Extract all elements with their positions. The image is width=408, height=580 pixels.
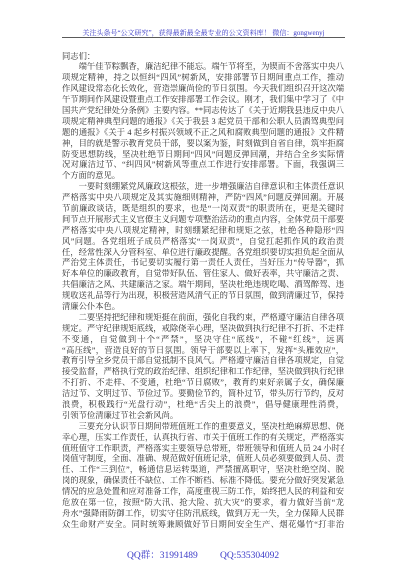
text-line: 引领节俭清廉过节社会新风尚。 [62,411,344,422]
document-page: 关注头条号“公文研究”，获得最新最全最专业的公文资料库！ 微信：gongweny… [0,0,408,580]
text-line: 情况的应急处置和应对准备工作，高度重视三防工作，始终把人民的利益和安 [62,487,344,498]
text-line: 接受监督，严格执行党的政治纪律、组织纪律和工作纪律，坚决做到执行纪律 [62,367,344,378]
text-line: 神，目的就是警示教育党员干部，要以案为鉴，时刻做到自省自律，筑牢拒腐 [62,139,344,150]
text-line: 严格落实中央八项规定精神，时刻绷紧纪律和规矩之弦，杜绝各种隐形“四 [62,226,344,237]
paragraph-point-three: 三要充分认识节日期间带班值班工作的重要意义，坚决杜绝麻痹思想、侥 幸心理，压实工… [62,422,344,531]
text-line: 个方面的意见。 [62,171,344,182]
paragraph-point-one: 一要时刻绷紧党风廉政这根弦，进一步增强廉洁自律意识和主体责任意识， 严格落实中央… [62,182,344,313]
text-line: “高压线”，营造良好的节日氛围。领导干部要以上率下，发挥“头雁效应”， [62,346,344,357]
text-line: 值班值守工作职责，严格落实主要领导总带班，带班领导和值班人员 24 小时在 [62,444,344,455]
text-line: 幸心理，压实工作责任，认真执行省、市关于值班工作的有关规定，严格落实 [62,433,344,444]
text-line: 任、工作“三到位”，畅通信息运转渠道，严禁擅离职守，坚决杜绝空岗、脱 [62,465,344,476]
text-line: 间节点开展形式主义官僚主义问题专项整治活动的重点内容，全体党员干部要 [62,215,344,226]
text-line: 共倡廉洁之风、共建廉洁之家。端午期间，坚决杜绝违规吃喝、酒驾醉驾、违 [62,280,344,291]
text-line: 二要坚持把纪律和规矩挺在前面，强化自我约束，严格遵守廉洁自律各项 [62,313,344,324]
text-line: 众生命财产安全。同时统筹兼顾做好节日期间安全生产、烟花爆竹“打非治 [62,520,344,531]
header-banner: 关注头条号“公文研究”，获得最新最全最专业的公文资料库！ 微信：gongweny… [62,29,345,38]
footer-qq-group: QQ群：31991489 [127,550,198,562]
paragraph-point-two: 二要坚持把纪律和规矩挺在前面，强化自我约束，严格遵守廉洁自律各项 规定。严守纪律… [62,313,344,422]
text-line: 岗的现象，确保责任不缺位、工作不断档、标准不降低。要充分做好突发紧急 [62,476,344,487]
text-line: 浪费，积极践行“光盘行动”，杜绝“舌尖上的浪费”，倡导健康理性消费， [62,400,344,411]
text-line: 教育引导全乡党员干部自觉抵制不良风气。严格遵守廉洁自律各项规定，自觉 [62,356,344,367]
text-line: 项规定精神典型问题的通报》《关于我县 3 起党员干部和公职人员酒驾典型问 [62,117,344,128]
text-line: 严格落实中央八项规定及其实施细则精神，严防“四风”问题反弹回潮。开展 [62,193,344,204]
text-line: 防变思想防线，坚决杜绝节日期间“四风”问题反弹回潮，并结合全乡实际情 [62,150,344,161]
document-body: 同志们： 端午佳节粽飘香，廉洁纪律不能忘。端午节将至，为锲而不舍落实中央八 项规… [62,52,344,531]
text-line: 规收送礼品等行为出现，积极营造风清气正的节日氛围，做到清廉过节，保持 [62,291,344,302]
text-line: 严治党主体责任，书记要切实履行第一责任人责任，当好压力“传导器”，抓 [62,258,344,269]
text-line: 国共产党纪律处分条例》主要内容。**同志传达了《关于近期我县违反中央八 [62,106,344,117]
text-line: 三要充分认识节日期间带班值班工作的重要意义，坚决杜绝麻痹思想、侥 [62,422,344,433]
text-line: 况对廉洁过节、“纠四风”树新风等重点工作进行安排部署。下面，我强调三 [62,160,344,171]
text-line: 题的通报》《关于 4 起乡村振兴领域不正之风和腐败典型问题的通报》文件精 [62,128,344,139]
text-line: 岗值守制度，全面、准确、规范做好值班记录，值班人员必须要做到人员、责 [62,454,344,465]
text-line: 危放在第一位，按照“防大汛、抢大险、抗大灾”的要求，着力做好当前“龙 [62,498,344,509]
paragraph-intro: 端午佳节粽飘香，廉洁纪律不能忘。端午节将至，为锲而不舍落实中央八 项规定精神，持… [62,62,344,182]
text-line: 不打折、不走样、不变通，杜绝“节日腐败”，教育约束好亲属子女，确保廉 [62,378,344,389]
text-line: 不变通，自觉做到十个“严禁”，坚决守住“底线”，不碰“红线”，远离 [62,335,344,346]
footer-qq-number: QQ:535304092 [220,550,279,562]
text-line: 舟水”强降雨防御工作，切实守住防汛底线，做到万无一失，全力保障人民群 [62,509,344,520]
text-line: 项规定精神，持之以恒纠“四风”树新风，安排部署节日期间重点工作，推动 [62,73,344,84]
text-line: 清廉公仆本色。 [62,302,344,313]
text-line: 端午佳节粽飘香，廉洁纪律不能忘。端午节将至，为锲而不舍落实中央八 [62,62,344,73]
text-line: 节前廉政谈话，既是组织的要求，也是“一岗双责”的职责所在，更是关键时 [62,204,344,215]
text-line: 洁过节、文明过节、节俭过节。要勤俭节约，简朴过节，带头厉行节约，反对 [62,389,344,400]
text-line: 一要时刻绷紧党风廉政这根弦，进一步增强廉洁自律意识和主体责任意识， [62,182,344,193]
text-line: 风”问题。各党组班子成员严格落实“一岗双责”，自觉扛起抓作风的政治责 [62,237,344,248]
text-line: 规定。严守纪律规矩底线，戒除侥幸心理，坚决做到执行纪律不打折、不走样、 [62,324,344,335]
text-line: 任，经常性深入分管科室、单位进行廉政提醒。各党组织要切实担负起全面从 [62,248,344,259]
text-line: 作风建设常态化长效化，营造崇廉尚俭的节日氛围。今天我们组织召开这次端 [62,84,344,95]
text-line: 午节期间作风建设暨重点工作安排部署工作会议。刚才，我们集中学习了《中 [62,95,344,106]
text-line: 好本单位的廉政教育，自觉带好队伍、管住家人、做好表率，共守廉洁之责、 [62,269,344,280]
salutation: 同志们： [62,52,344,63]
